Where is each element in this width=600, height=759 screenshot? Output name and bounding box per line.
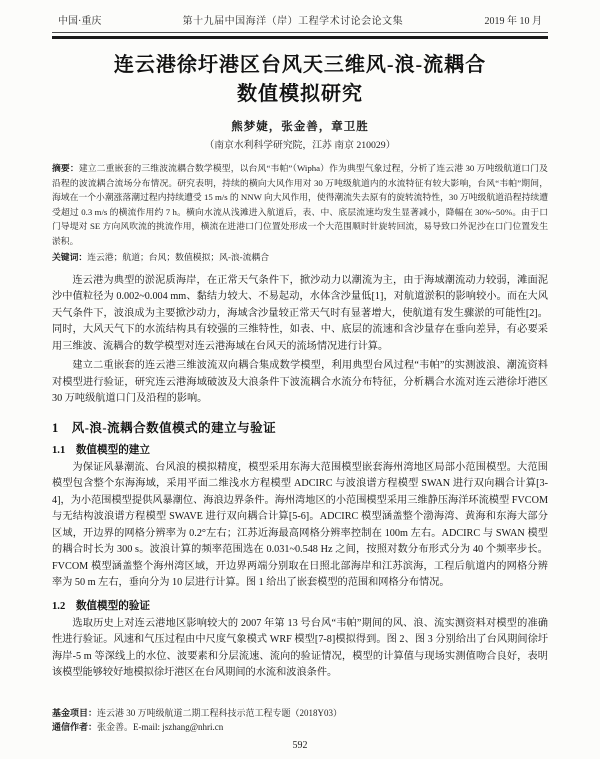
- section-1-2-paragraph: 选取历史上对连云港地区影响较大的 2007 年第 13 号台风“韦帕”期间的风、…: [52, 616, 548, 682]
- corresponding-author-text: 张金善。E-mail: jszhang@nhri.cn: [97, 722, 223, 732]
- keywords-text: 连云港；航道；台风；数值模拟；风-浪-流耦合: [87, 252, 269, 262]
- section-1-heading: 1 风-浪-流耦合数值模式的建立与验证: [52, 418, 548, 436]
- corresponding-author-label: 通信作者：: [52, 722, 97, 732]
- header-rule-thick: [52, 36, 548, 39]
- intro-paragraph-1: 连云港为典型的淤泥质海岸，在正常天气条件下，掀沙动力以潮流为主，由于海域潮流动力…: [52, 273, 548, 356]
- authors-line: 熊梦婕，张金善，章卫胜: [52, 118, 548, 134]
- funding-text: 连云港 30 万吨级航道二期工程科技示范工程专题（2018Y03）: [97, 708, 342, 718]
- page-number: 592: [52, 740, 548, 751]
- funding-label: 基金项目：: [52, 708, 97, 718]
- header-date: 2019 年 10 月: [485, 12, 543, 27]
- paper-page: 中国·重庆 第十九届中国海洋（岸）工程学术讨论会论文集 2019 年 10 月 …: [0, 0, 600, 759]
- intro-paragraph-2: 建立二重嵌套的连云港三维波流双向耦合集成数学模型，利用典型台风过程“韦帕”的实测…: [52, 358, 548, 408]
- paper-title: 连云港徐圩港区台风天三维风-浪-流耦合 数值模拟研究: [52, 51, 548, 109]
- header-proceedings-title: 第十九届中国海洋（岸）工程学术讨论会论文集: [183, 12, 404, 27]
- keywords-label: 关键词：: [52, 252, 87, 262]
- paper-title-line1: 连云港徐圩港区台风天三维风-浪-流耦合: [52, 51, 548, 80]
- abstract-text: 建立二重嵌套的三维波流耦合数学模型，以台风“韦帕”（Wipha）作为典型气象过程…: [52, 163, 548, 246]
- paper-title-line2: 数值模拟研究: [52, 80, 548, 109]
- section-1-1-heading: 1.1 数值模型的建立: [52, 442, 548, 457]
- abstract-label: 摘要：: [52, 163, 79, 173]
- section-1-1-paragraph: 为保证风暴潮流、台风浪的模拟精度，模型采用东海大范围模型嵌套海州湾地区局部小范围…: [52, 460, 548, 592]
- section-1-2-heading: 1.2 数值模型的验证: [52, 598, 548, 613]
- header-rule-thin: [52, 32, 548, 33]
- corresponding-author-footnote: 通信作者：张金善。E-mail: jszhang@nhri.cn: [52, 720, 548, 734]
- page-footer: 基金项目：连云港 30 万吨级航道二期工程科技示范工程专题（2018Y03） 通…: [52, 706, 548, 751]
- keywords-block: 关键词：连云港；航道；台风；数值模拟；风-浪-流耦合: [52, 250, 548, 265]
- header-venue: 中国·重庆: [58, 12, 101, 27]
- abstract-block: 摘要：建立二重嵌套的三维波流耦合数学模型，以台风“韦帕”（Wipha）作为典型气…: [52, 161, 548, 248]
- affiliation-line: （南京水利科学研究院，江苏 南京 210029）: [52, 137, 548, 151]
- running-header: 中国·重庆 第十九届中国海洋（岸）工程学术讨论会论文集 2019 年 10 月: [52, 10, 548, 31]
- funding-footnote: 基金项目：连云港 30 万吨级航道二期工程科技示范工程专题（2018Y03）: [52, 706, 548, 720]
